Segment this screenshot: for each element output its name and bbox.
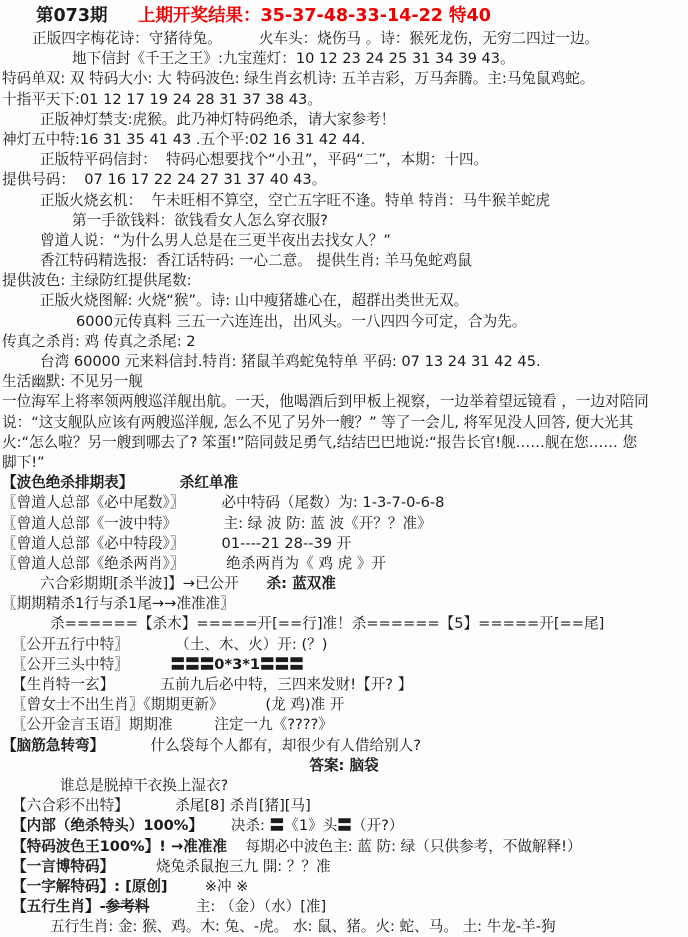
text-line: 〖公开三头中特〗 〓〓〓0*3*1〓〓〓 <box>0 655 688 675</box>
text-line: 【六合彩不出特】 杀尾[8] 杀肖[猪][马] <box>0 796 688 816</box>
text-line: 第一手欲钱料：欲钱看女人怎么穿衣服? <box>0 211 688 231</box>
text-segment: 说：“这支舰队应该有两艘巡洋舰, 怎么不见了另外一艘？” 等了一会儿, 将军见没… <box>2 414 633 431</box>
text-segment: 火:“怎么啦？另一艘到哪去了? 笨蛋!”陪同鼓足勇气,结结巴巴地说:“报告长官!… <box>2 434 637 451</box>
text-segment: 〖公开金言玉语〗期期准 注定一九《????》 <box>12 716 333 733</box>
text-segment: 烧兔杀鼠抱三九 開: ？？准 <box>114 858 330 875</box>
text-segment: 参考料 <box>106 898 150 915</box>
text-segment: 提供波色: 主绿防红提供尾数: <box>2 272 192 289</box>
text-segment: 《1》头 <box>284 817 337 834</box>
text-line: 正版四字梅花诗：守猪待兔。 火车头：烧伤马 。诗：猴死龙伤，无穷二四过一边。 <box>0 29 688 49</box>
text-segment: 〓 <box>270 817 285 834</box>
text-segment: 【五行生肖】- <box>12 898 106 915</box>
text-segment: 台湾 60000 元来料信封.特肖: 猪鼠羊鸡蛇兔特单 平码: 07 13 24… <box>40 353 541 370</box>
text-line: 正版特平码信封： 特码心想要找个“小丑”，平码“二”，本期：十四。 <box>0 150 688 170</box>
text-segment: 地下信封《千王之王》:九宝莲灯：10 12 23 24 25 31 34 39 … <box>72 50 515 67</box>
text-segment: 【脑筋急转弯】 <box>2 737 104 754</box>
text-line: 〖公开金言玉语〗期期准 注定一九《????》 <box>0 715 688 735</box>
text-segment: 【特码波色王100%】! →准准准 <box>12 838 227 855</box>
text-segment: 正版特平码信封： 特码心想要找个“小丑”，平码“二”，本期：十四。 <box>40 151 488 168</box>
last-draw-result: 上期开奖结果：35-37-48-33-14-22 特40 <box>138 6 491 26</box>
text-line: 十指平天下:01 12 17 19 24 28 31 37 38 43。 <box>0 90 688 110</box>
text-line: 神灯五中特:16 31 35 41 43 .五个平:02 16 31 42 44… <box>0 130 688 150</box>
text-line: 香江特码精选报: 香江话特码: 一心二意。 提供生肖: 羊马兔蛇鸡鼠 <box>0 251 688 271</box>
text-segment: 香江特码精选报: 香江话特码: 一心二意。 提供生肖: 羊马兔蛇鸡鼠 <box>40 252 472 269</box>
text-line: 提供号码： 07 16 17 22 24 27 31 37 40 43。 <box>0 170 688 190</box>
text-segment: 〓〓〓0*3*1〓〓〓 <box>171 656 304 673</box>
text-segment: 〖曾女士不出生肖〗《期期更新》 (龙 鸡)准 开 <box>12 696 344 713</box>
header-line: 第073期 上期开奖结果：35-37-48-33-14-22 特40 <box>0 4 688 29</box>
text-line: 〖曾女士不出生肖〗《期期更新》 (龙 鸡)准 开 <box>0 695 688 715</box>
riddle-answer: 答案: 脑袋 <box>309 757 378 774</box>
text-segment: 杀红单准 <box>180 474 238 491</box>
text-line: 〖期期精杀1行与杀1尾→→准准准〗 <box>0 594 688 614</box>
text-segment: 〖曾道人总部《必中特段》〗 01----21 28--39 开 <box>2 535 351 552</box>
text-segment: 传真之杀肖: 鸡 传真之杀尾: 2 <box>2 333 196 350</box>
text-line: 【生肖特一玄】 五前九后必中特，三四来发财!【开? 】 <box>0 675 688 695</box>
text-segment: 提供号码： 07 16 17 22 24 27 31 37 40 43。 <box>2 171 326 188</box>
text-line: 谁总是脱掉干衣换上湿衣? <box>0 776 688 796</box>
text-segment: 生活幽默: 不见另一舰 <box>2 373 143 390</box>
text-line: 〖曾道人总部《必中特段》〗 01----21 28--39 开 <box>0 534 688 554</box>
text-segment: 〖期期精杀1行与杀1尾→→准准准〗 <box>2 595 235 612</box>
text-line: 【内部（绝杀特头）100%】 决杀: 〓《1》头〓（开?） <box>0 816 688 836</box>
text-line: 火:“怎么啦？另一艘到哪去了? 笨蛋!”陪同鼓足勇气,结结巴巴地说:“报告长官!… <box>0 433 688 453</box>
text-segment: 一位海军上将率领两艘巡洋舰出航。一天，他喝酒后到甲板上视察，一边举着望远镜看 ，… <box>2 393 649 410</box>
text-segment: 杀======【杀木】=====开[==行]准！杀======【5】=====开… <box>50 615 604 632</box>
text-segment: 【一字解特码】: [原创] <box>12 878 168 895</box>
text-segment: 杀: 蓝双准 <box>267 575 336 592</box>
text-line: 说：“这支舰队应该有两艘巡洋舰, 怎么不见了另外一艘？” 等了一会儿, 将军见没… <box>0 413 688 433</box>
text-segment: 〓 <box>337 817 352 834</box>
text-line: 五行生肖: 金: 猴、鸡。木: 兔、-虎。 水: 鼠、猪。火: 蛇、马。 土: … <box>0 917 688 937</box>
text-line: 〖曾道人总部《绝杀两肖》〗 绝杀两肖为《 鸡 虎 》开 <box>0 554 688 574</box>
issue-number: 第073期 <box>36 6 108 26</box>
text-segment: 〖公开五行中特〗 （土、木、火）开: (？) <box>12 636 327 653</box>
text-segment: 【一言博特码】 <box>12 858 114 875</box>
lottery-tip-sheet: 第073期 上期开奖结果：35-37-48-33-14-22 特40 正版四字梅… <box>0 0 688 937</box>
text-line: 〖公开五行中特〗 （土、木、火）开: (？) <box>0 635 688 655</box>
text-segment: 【生肖特一玄】 五前九后必中特，三四来发财!【开? 】 <box>12 676 412 693</box>
text-segment <box>133 474 179 491</box>
text-segment: ※冲 ※ <box>168 878 249 895</box>
text-line: 【波色绝杀排期表】 杀红单准 <box>0 473 688 493</box>
text-segment: 6000元传真料 三五一六连连出，出风头。一八四四今可定，合为先。 <box>76 313 526 330</box>
text-segment: 什么袋每个人都有，却很少有人借给别人? <box>104 737 421 754</box>
text-line: 正版火烧图解: 火烧“猴”。诗: 山中瘦猪雄心在，超群出类世无双。 <box>0 291 688 311</box>
text-line: 6000元传真料 三五一六连连出，出风头。一八四四今可定，合为先。 <box>0 312 688 332</box>
text-line: 【一字解特码】: [原创] ※冲 ※ <box>0 877 688 897</box>
text-line: 正版火烧玄机： 午未旺相不算空，空亡五字旺不逢。特单 特肖：马牛猴羊蛇虎 <box>0 191 688 211</box>
text-segment: 五行生肖: 金: 猴、鸡。木: 兔、-虎。 水: 鼠、猪。火: 蛇、马。 土: … <box>50 918 556 935</box>
text-line: 【一言博特码】 烧兔杀鼠抱三九 開: ？？准 <box>0 857 688 877</box>
text-line: 杀======【杀木】=====开[==行]准！杀======【5】=====开… <box>0 614 688 634</box>
text-segment: 脚下!” <box>2 454 45 471</box>
text-line: 提供波色: 主绿防红提供尾数: <box>0 271 688 291</box>
text-segment: 〖公开三头中特〗 <box>12 656 171 673</box>
text-line: 【脑筋急转弯】 什么袋每个人都有，却很少有人借给别人? <box>0 736 688 756</box>
text-segment: 十指平天下:01 12 17 19 24 28 31 37 38 43。 <box>2 91 322 108</box>
text-segment: 六合彩期期[杀半波]】→已公开 <box>40 575 267 592</box>
text-segment: 【内部（绝杀特头）100%】 <box>12 817 203 834</box>
text-segment: 正版四字梅花诗：守猪待兔。 火车头：烧伤马 。诗：猴死龙伤，无穷二四过一边。 <box>32 30 599 47</box>
text-line: 生活幽默: 不见另一舰 <box>0 372 688 392</box>
text-segment: 第一手欲钱料：欲钱看女人怎么穿衣服? <box>72 212 328 229</box>
text-line: 〖曾道人总部《一波中特》 主: 绿 波 防: 蓝 波《开？？准》 <box>0 514 688 534</box>
text-segment: 〖曾道人总部《绝杀两肖》〗 绝杀两肖为《 鸡 虎 》开 <box>2 555 386 572</box>
text-segment: 【波色绝杀排期表】 <box>2 474 133 491</box>
text-segment: 决杀: <box>203 817 270 834</box>
text-line: 曾道人说：“为什么男人总是在三更半夜出去找女人？” <box>0 231 688 251</box>
text-segment: 每期必中波色主: 蓝 防: 绿（只供参考，不做解释!） <box>227 838 582 855</box>
text-segment: 神灯五中特:16 31 35 41 43 .五个平:02 16 31 42 44… <box>2 131 365 148</box>
spacer <box>108 6 138 26</box>
text-segment: 【六合彩不出特】 杀尾[8] 杀肖[猪][马] <box>12 797 311 814</box>
text-line: 〖曾道人总部《必中尾数》〗 必中特码（尾数）为: 1-3-7-0-6-8 <box>0 493 688 513</box>
text-line: 答案: 脑袋 <box>0 756 688 776</box>
text-segment: 正版神灯禁支:虎猴。此乃神灯特码绝杀，请大家参考！ <box>40 111 395 128</box>
text-line: 【特码波色王100%】! →准准准 每期必中波色主: 蓝 防: 绿（只供参考，不… <box>0 837 688 857</box>
text-line: 传真之杀肖: 鸡 传真之杀尾: 2 <box>0 332 688 352</box>
text-segment: 〖曾道人总部《必中尾数》〗 必中特码（尾数）为: 1-3-7-0-6-8 <box>2 494 444 511</box>
text-segment: 曾道人说：“为什么男人总是在三更半夜出去找女人？” <box>40 232 391 249</box>
text-segment: 主: （金）（水）[准] <box>149 898 326 915</box>
text-line: 脚下!” <box>0 453 688 473</box>
lines-container: 正版四字梅花诗：守猪待兔。 火车头：烧伤马 。诗：猴死龙伤，无穷二四过一边。地下… <box>0 29 688 937</box>
text-line: 一位海军上将率领两艘巡洋舰出航。一天，他喝酒后到甲板上视察，一边举着望远镜看 ，… <box>0 392 688 412</box>
text-segment: 谁总是脱掉干衣换上湿衣? <box>60 777 228 794</box>
text-line: 地下信封《千王之王》:九宝莲灯：10 12 23 24 25 31 34 39 … <box>0 49 688 69</box>
text-line: 六合彩期期[杀半波]】→已公开 杀: 蓝双准 <box>0 574 688 594</box>
text-segment: 〖曾道人总部《一波中特》 主: 绿 波 防: 蓝 波《开？？准》 <box>2 515 432 532</box>
text-segment: 正版火烧玄机： 午未旺相不算空，空亡五字旺不逢。特单 特肖：马牛猴羊蛇虎 <box>40 192 550 209</box>
text-segment: （开?） <box>352 817 404 834</box>
text-line: 特码单双: 双 特码大小: 大 特码波色: 绿生肖玄机诗: 五羊吉彩，万马奔腾。… <box>0 69 688 89</box>
text-segment: 特码单双: 双 特码大小: 大 特码波色: 绿生肖玄机诗: 五羊吉彩，万马奔腾。… <box>2 70 594 87</box>
text-line: 【五行生肖】-参考料 主: （金）（水）[准] <box>0 897 688 917</box>
text-line: 正版神灯禁支:虎猴。此乃神灯特码绝杀，请大家参考！ <box>0 110 688 130</box>
text-line: 台湾 60000 元来料信封.特肖: 猪鼠羊鸡蛇兔特单 平码: 07 13 24… <box>0 352 688 372</box>
text-segment: 正版火烧图解: 火烧“猴”。诗: 山中瘦猪雄心在，超群出类世无双。 <box>40 292 468 309</box>
